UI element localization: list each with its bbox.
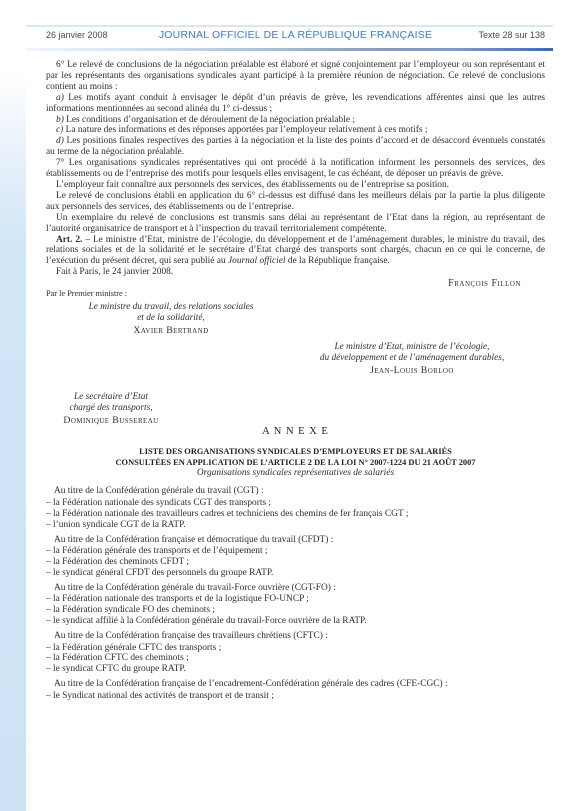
annexe-group-item: – la Fédération nationale des syndicats … xyxy=(46,498,545,509)
journal-title: JOURNAL OFFICIEL DE LA RÉPUBLIQUE FRANÇA… xyxy=(46,29,545,41)
body-paragraphs: 6° Le relevé de conclusions de la négoci… xyxy=(46,60,545,278)
body-paragraph: Un exemplaire du relevé de conclusions e… xyxy=(46,213,545,235)
signature-block-transports: Le secrétaire d’Etat chargé des transpor… xyxy=(40,392,182,426)
body-paragraph: d) Les positions finales respectives des… xyxy=(46,136,545,158)
signature-intro: Par le Premier ministre : xyxy=(46,289,545,298)
journal-page: 26 janvier 2008 JOURNAL OFFICIEL DE LA R… xyxy=(0,0,579,811)
signature-block-travail: Le ministre du travail, des relations so… xyxy=(46,302,296,336)
annexe-group-item: – le syndicat général CFDT des personnel… xyxy=(46,568,545,579)
body-paragraph: Le relevé de conclusions établi en appli… xyxy=(46,191,545,213)
annexe-headings: LISTE DES ORGANISATIONS SYNDICALES D’EMP… xyxy=(46,447,545,468)
signature-title-line: et de la solidarité, xyxy=(46,313,296,324)
signature-name: Dominique Bussereau xyxy=(40,415,182,426)
annexe-group-item: – le Syndicat national des activités de … xyxy=(46,691,545,702)
body-paragraph: Fait à Paris, le 24 janvier 2008. xyxy=(46,267,545,278)
annexe-groups: Au titre de la Confédération générale du… xyxy=(46,486,545,701)
body-paragraph: a) Les motifs ayant conduit à envisager … xyxy=(46,93,545,115)
annexe-group-intro: Au titre de la Confédération générale du… xyxy=(46,486,545,497)
signature-title-line: Le ministre d’Etat, ministre de l’écolog… xyxy=(279,342,545,353)
annexe-group-intro: Au titre de la Confédération française d… xyxy=(46,631,545,642)
annexe-heading-line: CONSULTÉES EN APPLICATION DE L’ARTICLE 2… xyxy=(46,458,545,469)
annexe-group-item: – la Fédération générale des transports … xyxy=(46,546,545,557)
annexe-group-item: – la Fédération syndicale FO des chemino… xyxy=(46,605,545,616)
signature-name: Xavier Bertrand xyxy=(46,325,296,336)
body-paragraph: L’employeur fait connaître aux personnel… xyxy=(46,180,545,191)
annexe-group-item: – la Fédération nationale des transports… xyxy=(46,594,545,605)
header-top-rule xyxy=(26,25,553,27)
body-paragraph: 6° Le relevé de conclusions de la négoci… xyxy=(46,60,545,93)
annexe-group-item: – la Fédération des cheminots CFDT ; xyxy=(46,557,545,568)
body-paragraph: b) Les conditions d’organisation et de d… xyxy=(46,115,545,126)
page-edge-gradient xyxy=(0,0,26,811)
annexe-title: A N N E X E xyxy=(46,426,545,437)
annexe-group-item: – la Fédération CFTC des cheminots ; xyxy=(46,653,545,664)
annexe-group-intro: Au titre de la Confédération française e… xyxy=(46,535,545,546)
annexe-group-item: – la Fédération générale CFTC des transp… xyxy=(46,643,545,654)
annexe-group-item: – le syndicat affilié à la Confédération… xyxy=(46,616,545,627)
annexe-heading-line: LISTE DES ORGANISATIONS SYNDICALES D’EMP… xyxy=(46,447,545,458)
header-underline-band xyxy=(26,48,553,51)
signature-prime-minister: François Fillon xyxy=(46,278,545,289)
annexe-subtitle: Organisations syndicales représentatives… xyxy=(46,468,545,478)
annexe-group-intro: Au titre de la Confédération générale du… xyxy=(46,583,545,594)
signature-block-ecologie: Le ministre d’Etat, ministre de l’écolog… xyxy=(279,342,545,376)
annexe-group-item: – l’union syndicale CGT de la RATP. xyxy=(46,520,545,531)
signature-name: Jean-Louis Borloo xyxy=(279,365,545,376)
body-paragraph: 7° Les organisations syndicales représen… xyxy=(46,158,545,180)
page-header: 26 janvier 2008 JOURNAL OFFICIEL DE LA R… xyxy=(46,29,545,43)
annexe-group-intro: Au titre de la Confédération française d… xyxy=(46,679,545,690)
signature-title-line: chargé des transports, xyxy=(40,403,182,414)
signature-title-line: du développement et de l’aménagement dur… xyxy=(279,353,545,364)
body-paragraph: Art. 2. – Le ministre d’Etat, ministre d… xyxy=(46,235,545,268)
annexe-group-item: – le syndicat CFTC du groupe RATP. xyxy=(46,664,545,675)
header-text-ref: Texte 28 sur 138 xyxy=(478,30,545,40)
signature-title-line: Le ministre du travail, des relations so… xyxy=(46,302,296,313)
page-content: 6° Le relevé de conclusions de la négoci… xyxy=(46,60,545,702)
signature-title-line: Le secrétaire d’Etat xyxy=(40,392,182,403)
annexe-group-item: – la Fédération nationale des travailleu… xyxy=(46,509,545,520)
body-paragraph: c) La nature des informations et des rép… xyxy=(46,125,545,136)
